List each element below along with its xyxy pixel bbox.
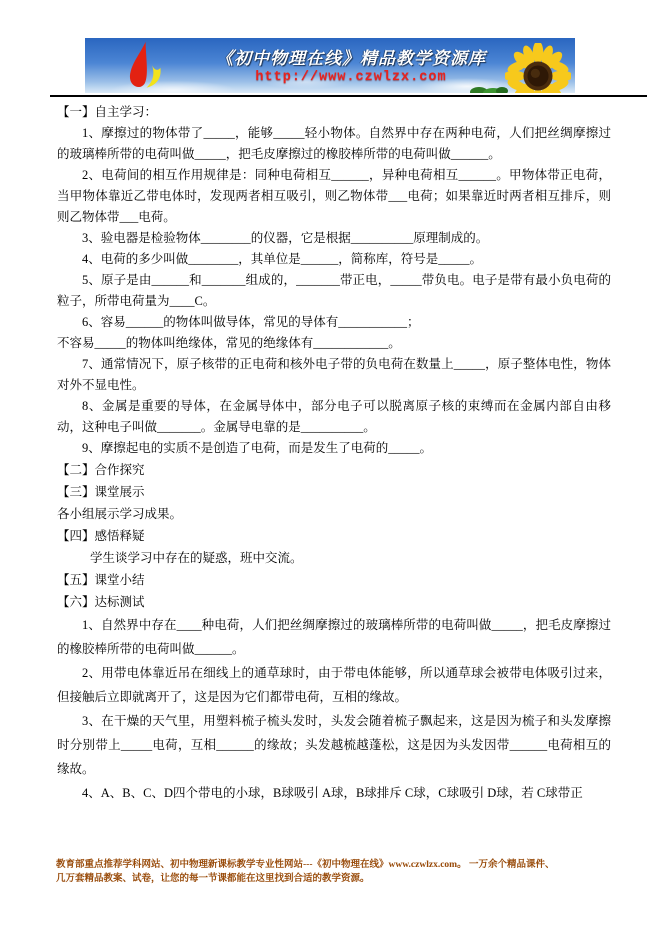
footer-line-1: 教育部重点推荐学科网站、初中物理新课标教学专业性网站---《初中物理在线》www… (56, 858, 613, 872)
paragraph: 1、自然界中存在____种电荷，人们把丝绸摩擦过的玻璃棒所带的电荷叫做_____… (57, 613, 611, 661)
paragraph: 9、摩擦起电的实质不是创造了电荷，而是发生了电荷的_____。 (57, 438, 611, 459)
paragraph: 7、通常情况下，原子核带的正电荷和核外电子带的负电荷在数量上_____，原子整体… (57, 354, 611, 396)
paragraph: 【二】合作探究 (57, 459, 611, 481)
paragraph: 1、摩擦过的物体带了_____，能够_____轻小物体。自然界中存在两种电荷，人… (57, 123, 611, 165)
paragraph: 8、金属是重要的导体，在金属导体中，部分电子可以脱离原子核的束缚而在金属内部自由… (57, 396, 611, 438)
paragraph: 学生谈学习中存在的疑惑，班中交流。 (57, 547, 611, 569)
paragraph: 4、电荷的多少叫做________，其单位是______，简称库，符号是____… (57, 249, 611, 270)
header-banner: 《初中物理在线》精品教学资源库 http://www.czwlzx.com (85, 38, 575, 93)
sunflower-icon (505, 43, 571, 93)
paragraph: 3、在干燥的天气里，用塑料梳子梳头发时，头发会随着梳子飘起来，这是因为梳子和头发… (57, 709, 611, 781)
paragraph: 各小组展示学习成果。 (57, 503, 611, 525)
leaves-icon (469, 81, 509, 93)
footer-note: 教育部重点推荐学科网站、初中物理新课标教学专业性网站---《初中物理在线》www… (56, 858, 613, 886)
site-logo-icon (115, 40, 171, 92)
paragraph: 2、用带电体靠近吊在细线上的通草球时，由于带电体能够，所以通草球会被带电体吸引过… (57, 661, 611, 709)
banner-text: 《初中物理在线》精品教学资源库 http://www.czwlzx.com (193, 44, 509, 85)
paragraph: 5、原子是由______和_______组成的，_______带正电，_____… (57, 270, 611, 312)
paragraph: 【五】课堂小结 (57, 569, 611, 591)
paragraph: 【六】达标测试 (57, 591, 611, 613)
footer-line-2: 几万套精品教案、试卷，让您的每一节课都能在这里找到合适的教学资源。 (56, 872, 613, 886)
paragraph: 4、A、B、C、D四个带电的小球，B球吸引 A球，B球排斥 C球，C球吸引 D球… (57, 781, 611, 805)
paragraph: 2、电荷间的相互作用规律是：同种电荷相互______，异种电荷相互______。… (57, 165, 611, 228)
paragraph: 3、验电器是检验物体________的仪器，它是根据__________原理制成… (57, 228, 611, 249)
paragraph: 不容易_____的物体叫绝缘体，常见的绝缘体有____________。 (57, 333, 611, 354)
paragraph: 【三】课堂展示 (57, 481, 611, 503)
paragraph: 【一】自主学习： (57, 102, 611, 123)
paragraph: 【四】感悟释疑 (57, 525, 611, 547)
banner-url-link[interactable]: http://www.czwlzx.com (193, 70, 509, 85)
document-page: 《初中物理在线》精品教学资源库 http://www.czwlzx.com (0, 0, 661, 936)
banner-title: 《初中物理在线》精品教学资源库 (193, 44, 509, 69)
paragraph: 6、容易______的物体叫做导体，常见的导体有___________； (57, 312, 611, 333)
worksheet-body: 【一】自主学习：1、摩擦过的物体带了_____，能够_____轻小物体。自然界中… (0, 97, 661, 805)
